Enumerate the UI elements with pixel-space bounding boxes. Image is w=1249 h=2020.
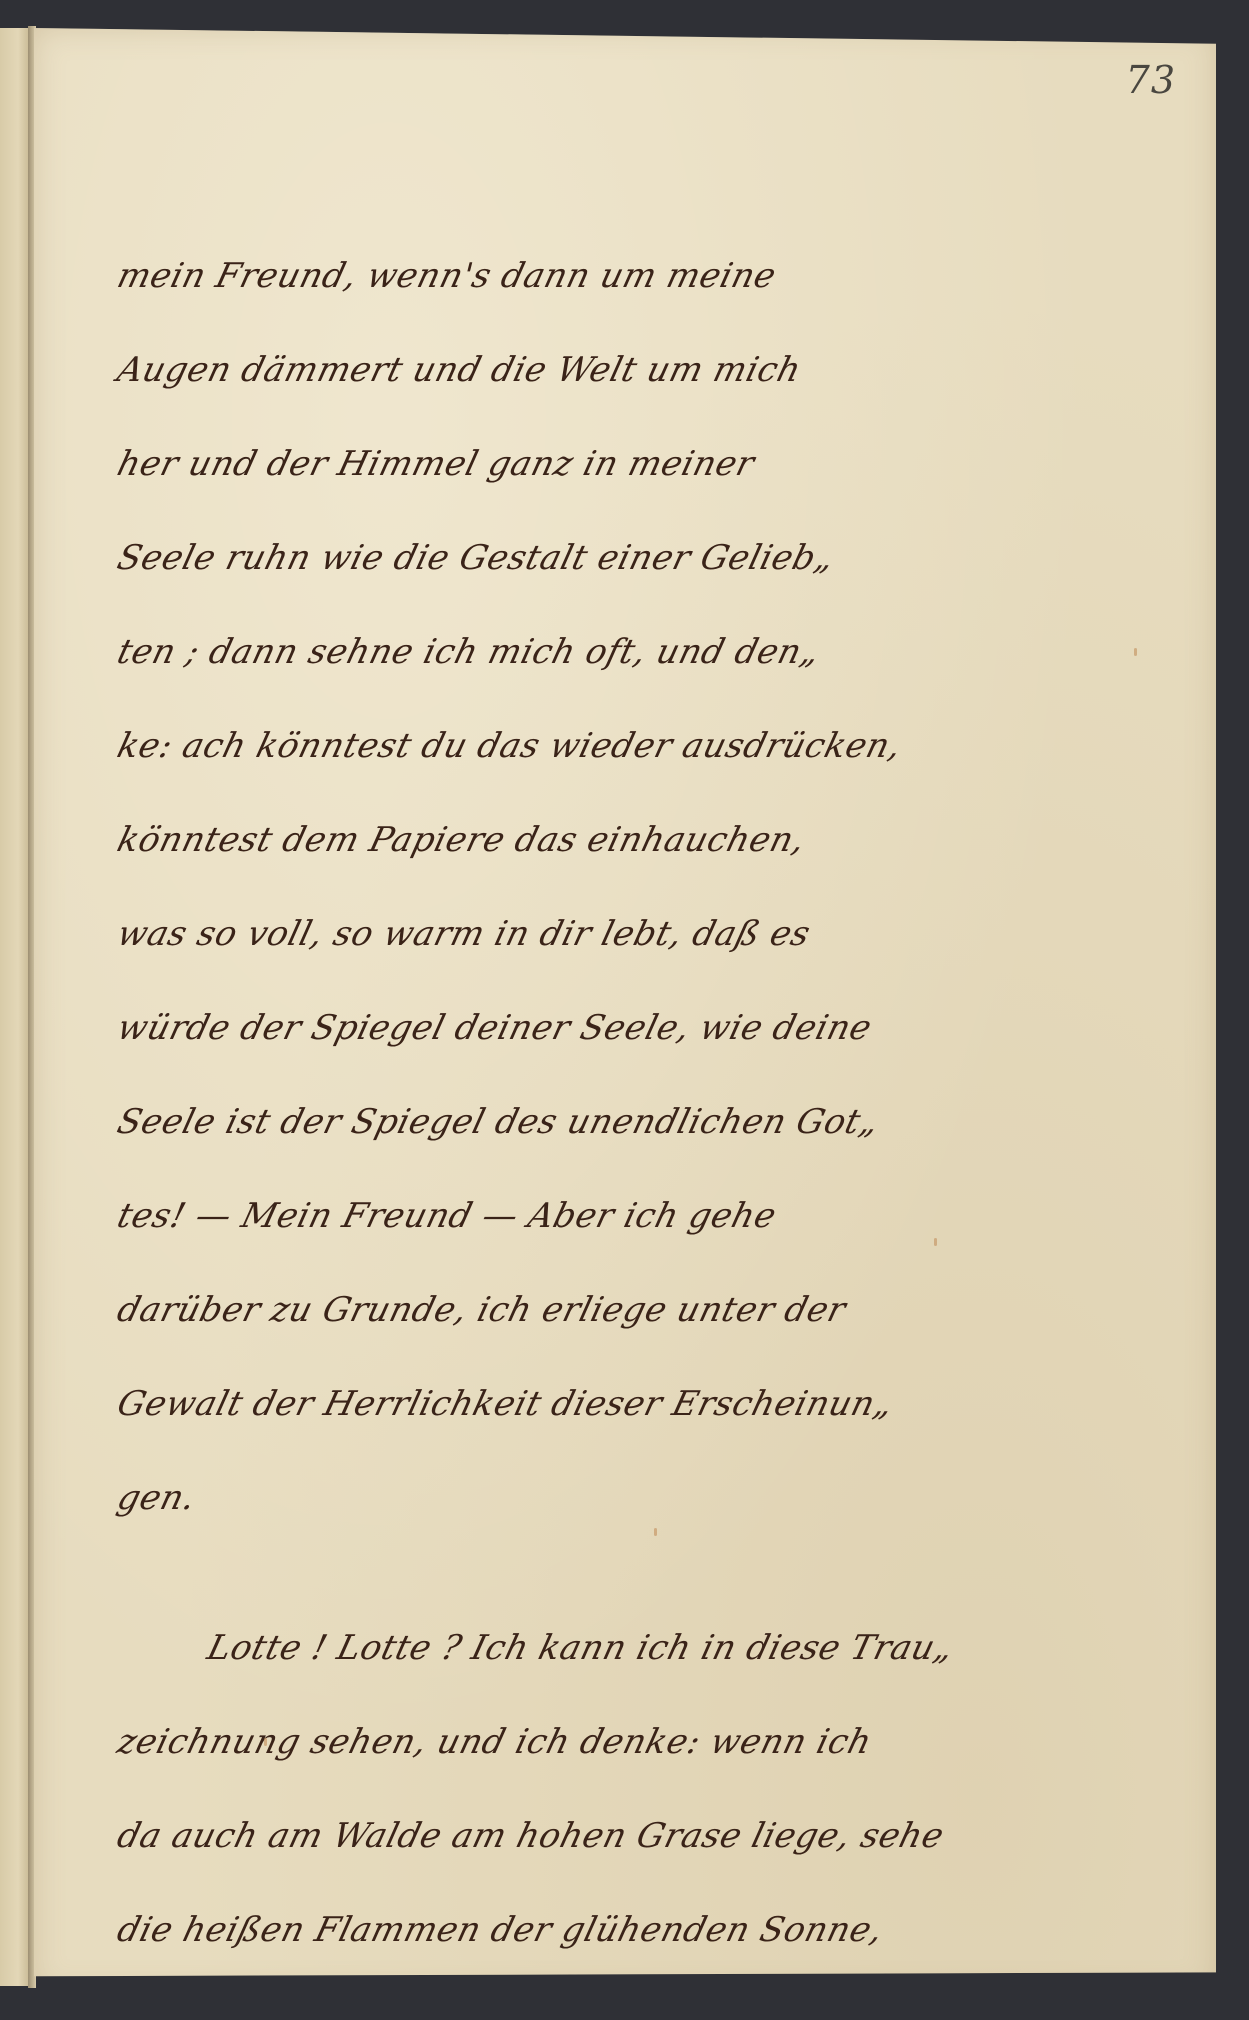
text-line: könntest dem Papiere das einhauchen,	[102, 810, 1125, 904]
text-line: her und der Himmel ganz in meiner	[102, 434, 1125, 528]
manuscript-page: 73 mein Freund, wenn's dann um meine Aug…	[34, 28, 1216, 1992]
text-line: gen.	[102, 1468, 1125, 1562]
text-line: was so voll, so warm in dir lebt, daß es	[102, 904, 1125, 998]
facing-page-edge	[0, 28, 30, 1986]
text-line: Gewalt der Herrlichkeit dieser Erscheinu…	[102, 1374, 1125, 1468]
text-line: mein Freund, wenn's dann um meine	[102, 246, 1125, 340]
paper-speck	[654, 1528, 657, 1536]
text-line: ke: ach könntest du das wieder ausdrücke…	[102, 716, 1125, 810]
text-line: Augen dämmert und die Welt um mich	[102, 340, 1125, 434]
folio-number: 73	[1126, 58, 1176, 102]
text-line: darüber zu Grunde, ich erliege unter der	[102, 1280, 1125, 1374]
paper-speck	[934, 1238, 937, 1246]
text-line: Seele ruhn wie die Gestalt einer Gelieb„	[102, 528, 1125, 622]
text-line: da auch am Walde am hohen Grase liege, s…	[102, 1806, 1125, 1900]
text-line: tes! — Mein Freund — Aber ich gehe	[102, 1186, 1125, 1280]
text-line: zeichnung sehen, und ich denke: wenn ich	[102, 1712, 1125, 1806]
text-line: ten ; dann sehne ich mich oft, und den„	[102, 622, 1125, 716]
text-line: die heißen Flammen der glühenden Sonne,	[102, 1900, 1125, 1994]
handwritten-text: mein Freund, wenn's dann um meine Augen …	[114, 246, 1114, 1994]
text-line: Seele ist der Spiegel des unendlichen Go…	[102, 1092, 1125, 1186]
text-line: würde der Spiegel deiner Seele, wie dein…	[102, 998, 1125, 1092]
paper-speck	[1134, 648, 1137, 656]
paper-speck	[264, 1738, 267, 1746]
text-line: Lotte ! Lotte ? Ich kann ich in diese Tr…	[102, 1618, 1125, 1712]
